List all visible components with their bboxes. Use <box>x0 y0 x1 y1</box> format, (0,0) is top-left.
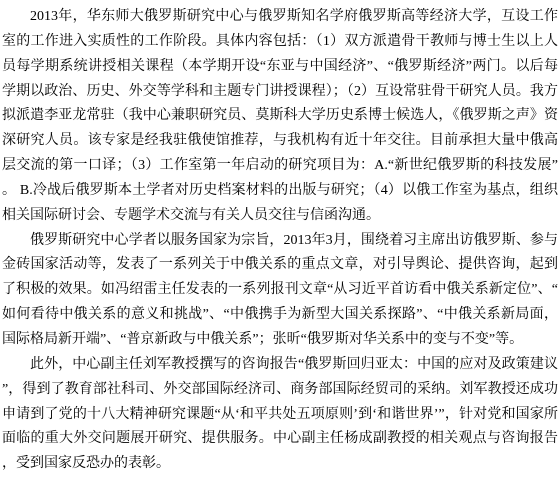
paragraph-consulting-reports: 此外，中心副主任刘军教授撰写的咨询报告“俄罗斯回归亚太：中国的应对及政策建议”，… <box>2 353 558 477</box>
paragraph-service-nation-articles: 俄罗斯研究中心学者以服务国家为宗旨，2013年3月，围绕着习主席出访俄罗斯、参与… <box>2 229 558 353</box>
document-page: 2013年，华东师大俄罗斯研究中心与俄罗斯知名学府俄罗斯高等经济大学，互设工作室… <box>0 0 560 498</box>
paragraph-cooperation-workroom: 2013年，华东师大俄罗斯研究中心与俄罗斯知名学府俄罗斯高等经济大学，互设工作室… <box>2 5 558 229</box>
